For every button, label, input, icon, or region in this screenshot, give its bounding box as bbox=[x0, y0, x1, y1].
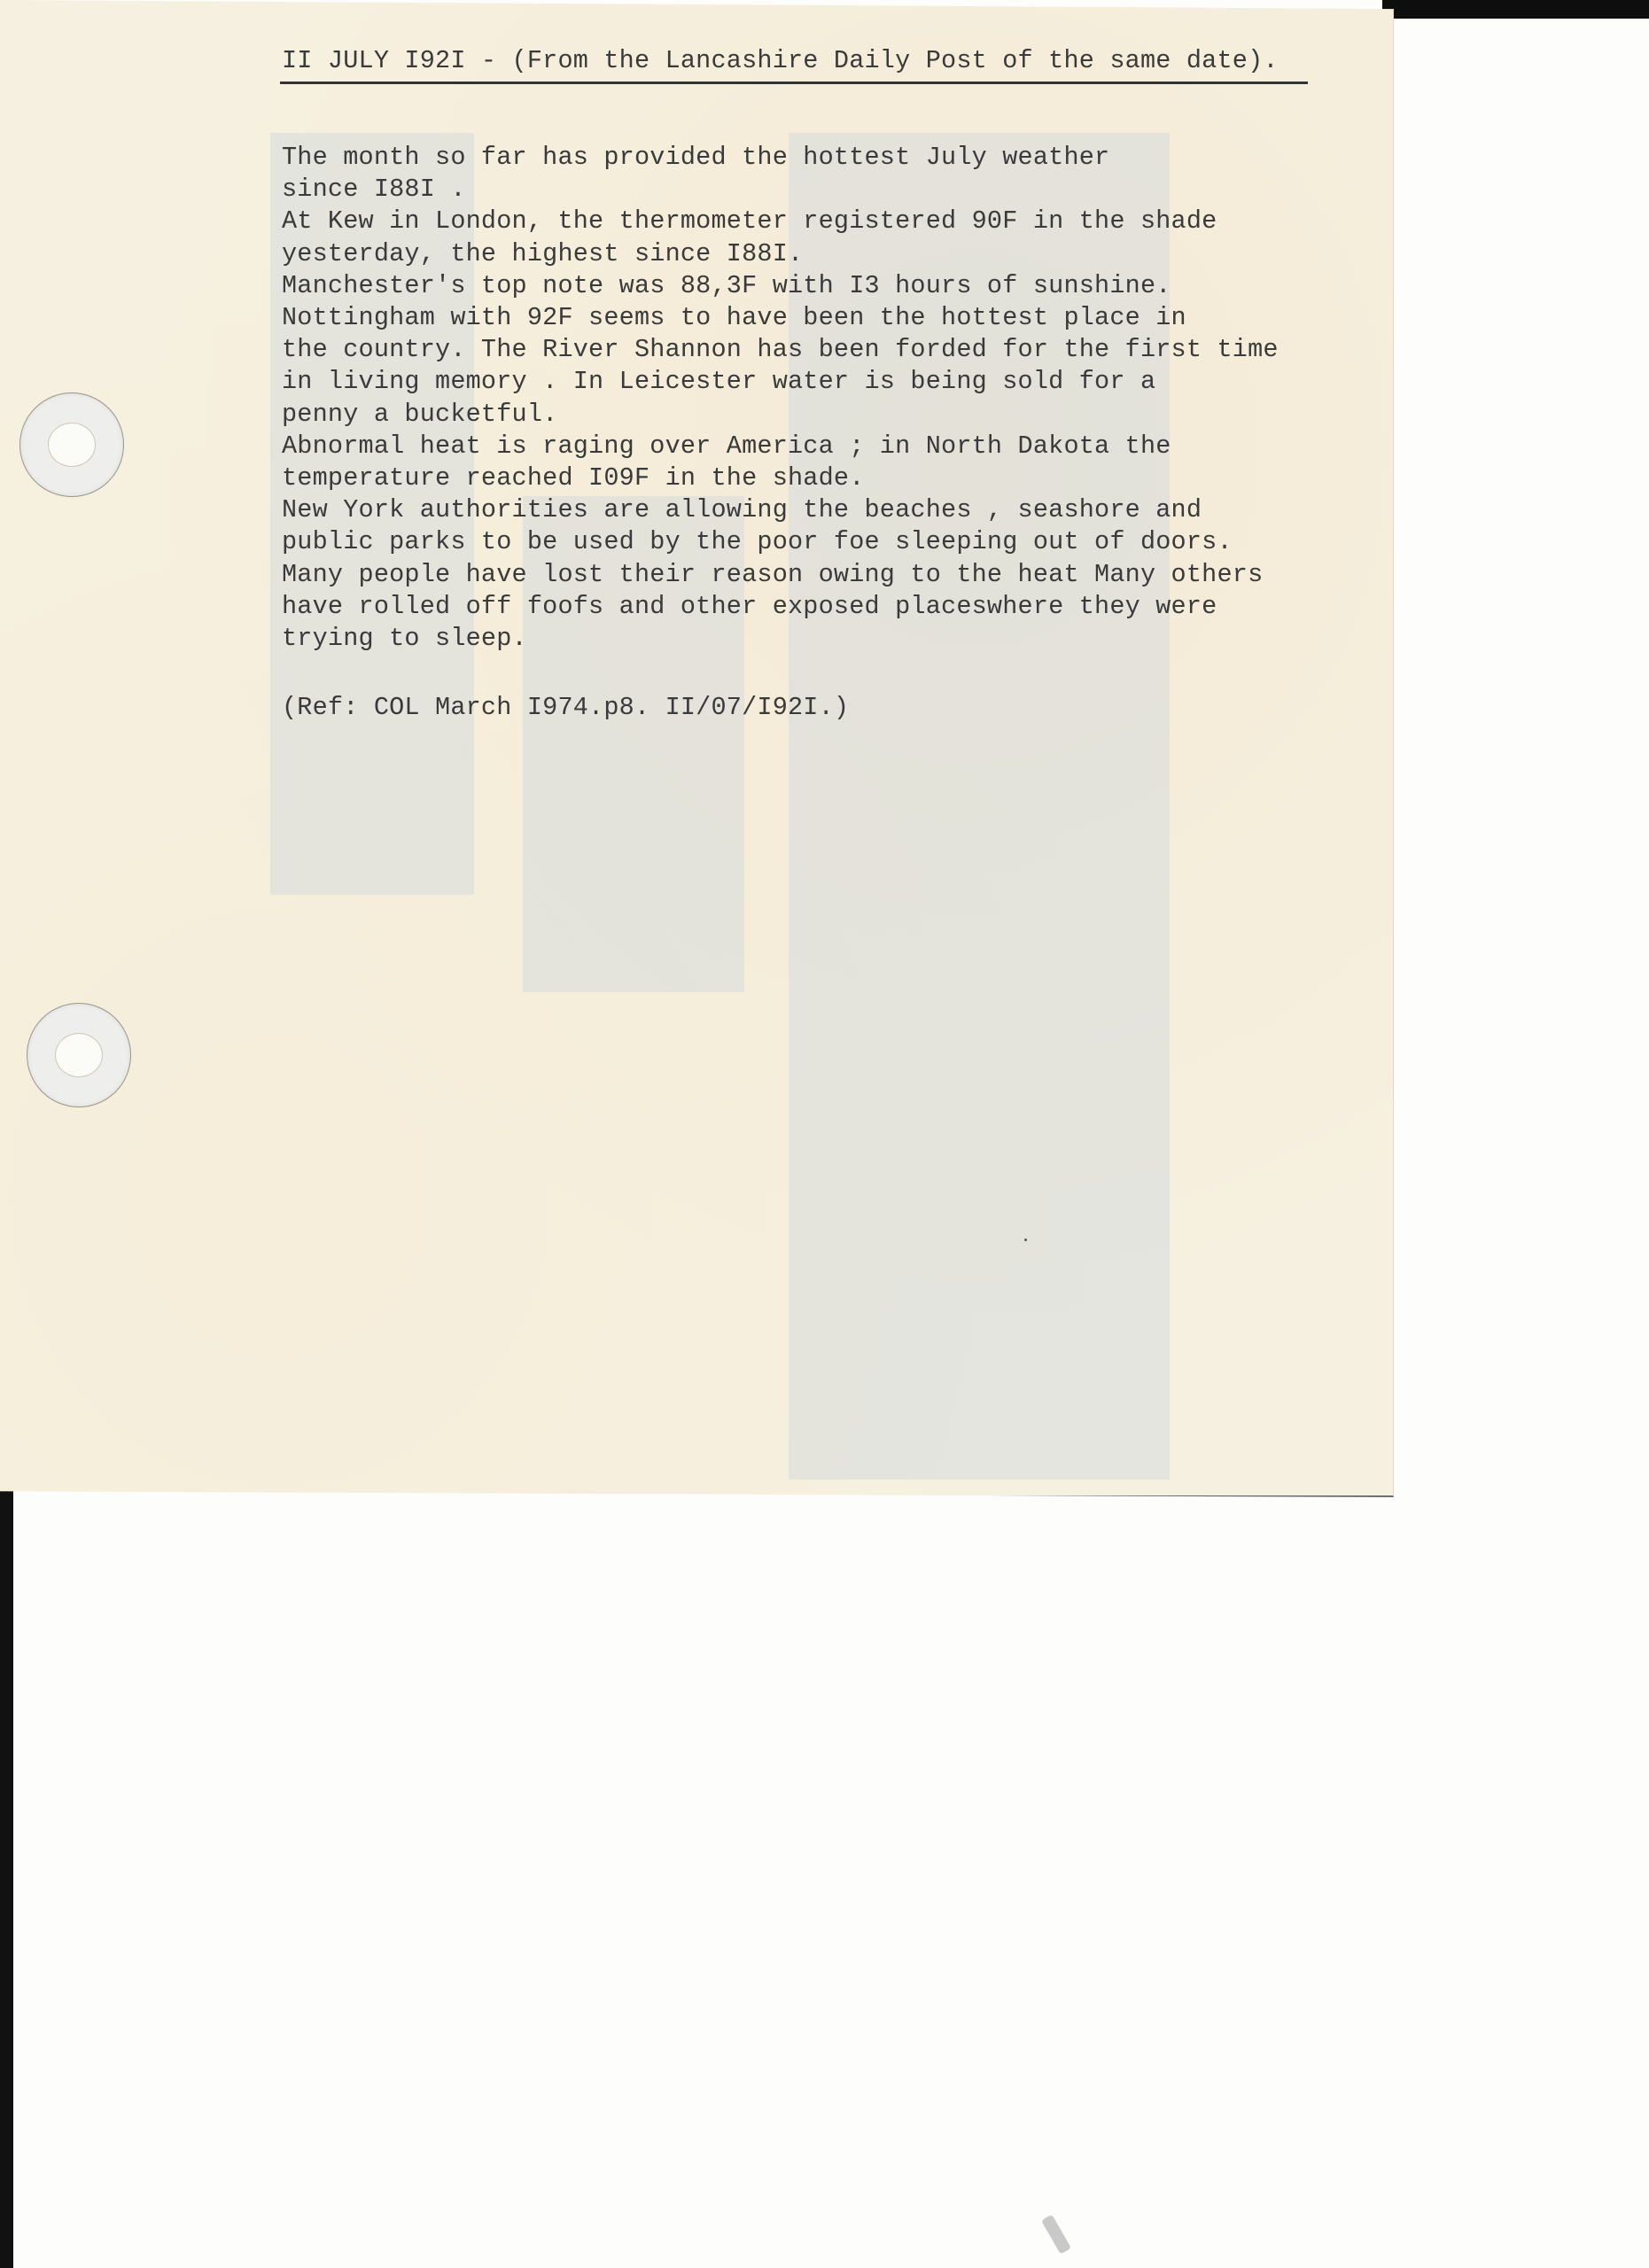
body-line: have rolled off foofs and other exposed … bbox=[282, 591, 1279, 623]
scanner-edge-top bbox=[1382, 0, 1649, 19]
body-line: New York authorities are allowing the be… bbox=[282, 494, 1279, 526]
punch-hole-reinforcement bbox=[27, 1003, 131, 1107]
paper-speck bbox=[1024, 1239, 1027, 1241]
body-line: in living memory . In Leicester water is… bbox=[282, 366, 1279, 398]
body-line: trying to sleep. bbox=[282, 623, 1279, 655]
body-line: Abnormal heat is raging over America ; i… bbox=[282, 431, 1279, 462]
body-line: At Kew in London, the thermometer regist… bbox=[282, 206, 1279, 237]
page-heading: II JULY I92I - (From the Lancashire Dail… bbox=[282, 46, 1279, 75]
body-line: Manchester's top note was 88,3F with I3 … bbox=[282, 270, 1279, 302]
body-line: since I88I . bbox=[282, 174, 1279, 206]
body-line: Many people have lost their reason owing… bbox=[282, 559, 1279, 591]
body-line: public parks to be used by the poor foe … bbox=[282, 526, 1279, 558]
body-line: Nottingham with 92F seems to have been t… bbox=[282, 302, 1279, 334]
scanner-smudge bbox=[1041, 2214, 1071, 2254]
body-line: temperature reached I09F in the shade. bbox=[282, 462, 1279, 494]
scanner-edge-left bbox=[0, 1488, 13, 2268]
article-body: The month so far has provided the hottes… bbox=[282, 142, 1279, 655]
body-line: the country. The River Shannon has been … bbox=[282, 334, 1279, 366]
body-line: yesterday, the highest since I88I. bbox=[282, 238, 1279, 270]
body-line: penny a bucketful. bbox=[282, 399, 1279, 431]
body-line: The month so far has provided the hottes… bbox=[282, 142, 1279, 174]
typed-page: II JULY I92I - (From the Lancashire Dail… bbox=[0, 0, 1394, 1497]
paper-speck bbox=[1440, 164, 1443, 167]
heading-underline bbox=[280, 82, 1308, 84]
reference-line: (Ref: COL March I974.p8. II/07/I92I.) bbox=[282, 693, 849, 722]
punch-hole-reinforcement bbox=[19, 392, 124, 497]
